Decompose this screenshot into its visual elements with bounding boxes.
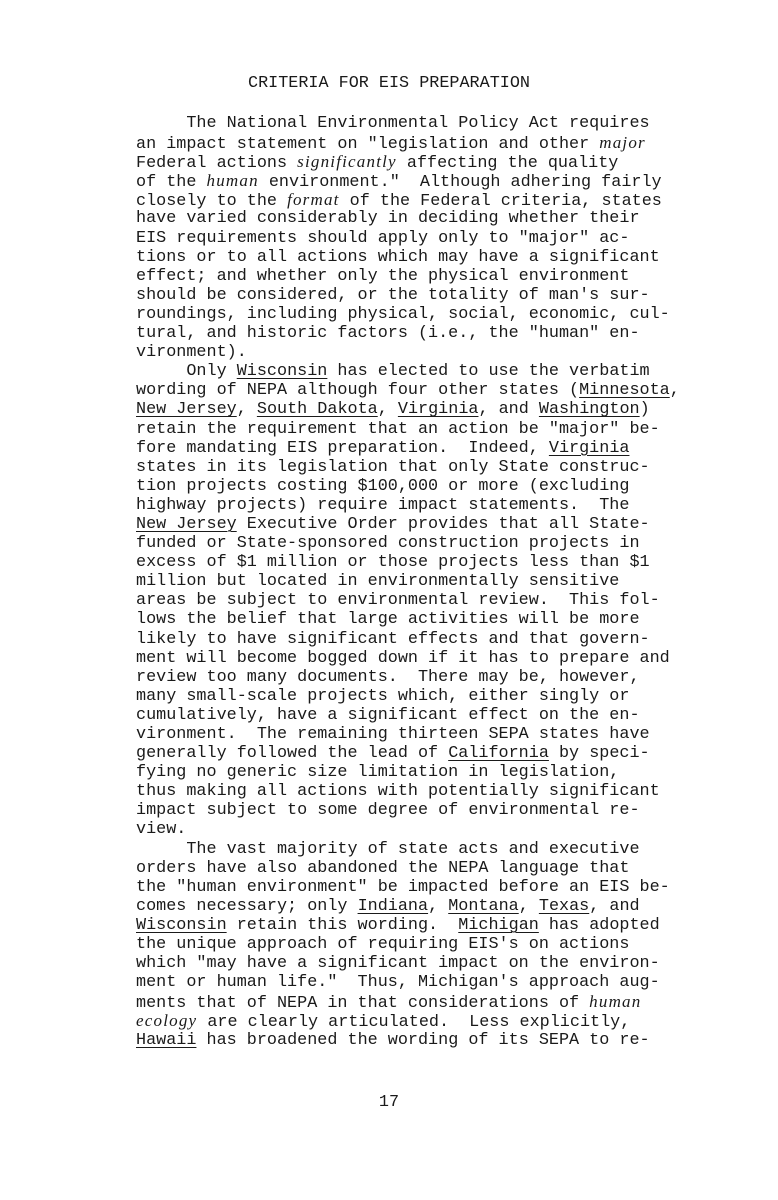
text-span: The National Environmental Policy Act re… bbox=[136, 114, 650, 133]
text-line: roundings, including physical, social, e… bbox=[136, 305, 696, 324]
underlined-state-name: Texas bbox=[539, 897, 589, 916]
text-line: generally followed the lead of Californi… bbox=[136, 744, 696, 763]
text-line: effect; and whether only the physical en… bbox=[136, 267, 696, 286]
underlined-state-name: Virginia bbox=[398, 400, 479, 419]
text-span: , bbox=[428, 897, 448, 916]
text-span: tural, and historic factors (i.e., the "… bbox=[136, 324, 640, 343]
text-span: have varied considerably in deciding whe… bbox=[136, 209, 640, 228]
text-span: likely to have significant effects and t… bbox=[136, 630, 650, 649]
text-line: view. bbox=[136, 820, 696, 839]
text-span: states in its legislation that only Stat… bbox=[136, 458, 650, 477]
text-span: , and bbox=[589, 897, 639, 916]
text-span: has elected to use the verbatim bbox=[327, 362, 649, 381]
text-line: comes necessary; only Indiana, Montana, … bbox=[136, 897, 696, 916]
text-span: should be considered, or the totality of… bbox=[136, 286, 650, 305]
text-span: tions or to all actions which may have a… bbox=[136, 248, 660, 267]
text-span: , and bbox=[478, 400, 538, 419]
italic-emphasis: format bbox=[287, 190, 340, 209]
text-line: areas be subject to environmental review… bbox=[136, 591, 696, 610]
text-span: ment or human life." Thus, Michigan's ap… bbox=[136, 973, 660, 992]
text-line: orders have also abandoned the NEPA lang… bbox=[136, 859, 696, 878]
text-span: The vast majority of state acts and exec… bbox=[136, 840, 640, 859]
page-number: 17 bbox=[0, 1093, 778, 1112]
text-span: million but located in environmentally s… bbox=[136, 572, 619, 591]
text-span: which "may have a significant impact on … bbox=[136, 954, 660, 973]
text-line: have varied considerably in deciding whe… bbox=[136, 209, 696, 228]
text-span: lows the belief that large activities wi… bbox=[136, 610, 640, 629]
underlined-state-name: Michigan bbox=[458, 916, 539, 935]
underlined-state-name: Montana bbox=[448, 897, 519, 916]
text-span: comes necessary; only bbox=[136, 897, 358, 916]
italic-emphasis: significantly bbox=[297, 152, 397, 171]
text-line: The vast majority of state acts and exec… bbox=[136, 840, 696, 859]
text-line: lows the belief that large activities wi… bbox=[136, 610, 696, 629]
text-span: vironment. The remaining thirteen SEPA s… bbox=[136, 725, 650, 744]
text-line: New Jersey, South Dakota, Virginia, and … bbox=[136, 400, 696, 419]
body-text: The National Environmental Policy Act re… bbox=[136, 114, 696, 1050]
text-line: ment or human life." Thus, Michigan's ap… bbox=[136, 973, 696, 992]
text-line: funded or State-sponsored construction p… bbox=[136, 534, 696, 553]
text-line: fore mandating EIS preparation. Indeed, … bbox=[136, 439, 696, 458]
text-span: excess of $1 million or those projects l… bbox=[136, 553, 650, 572]
text-line: tion projects costing $100,000 or more (… bbox=[136, 477, 696, 496]
text-line: should be considered, or the totality of… bbox=[136, 286, 696, 305]
text-span: effect; and whether only the physical en… bbox=[136, 267, 629, 286]
text-span: vironment). bbox=[136, 343, 247, 362]
document-page: CRITERIA FOR EIS PREPARATION The Nationa… bbox=[0, 0, 778, 1200]
italic-emphasis: major bbox=[599, 133, 646, 152]
text-line: of the human environment." Although adhe… bbox=[136, 171, 696, 190]
text-line: Only Wisconsin has elected to use the ve… bbox=[136, 362, 696, 381]
italic-emphasis: human bbox=[207, 171, 259, 190]
italic-emphasis: ecology bbox=[136, 1011, 197, 1030]
underlined-state-name: New Jersey bbox=[136, 515, 237, 534]
text-line: vironment. The remaining thirteen SEPA s… bbox=[136, 725, 696, 744]
text-span: fore mandating EIS preparation. Indeed, bbox=[136, 439, 549, 458]
text-line: ment will become bogged down if it has t… bbox=[136, 649, 696, 668]
text-line: an impact statement on "legislation and … bbox=[136, 133, 696, 152]
text-span: by speci- bbox=[549, 744, 650, 763]
text-span: impact subject to some degree of environ… bbox=[136, 801, 640, 820]
text-line: wording of NEPA although four other stat… bbox=[136, 381, 696, 400]
underlined-state-name: Wisconsin bbox=[237, 362, 328, 381]
text-span: thus making all actions with potentially… bbox=[136, 782, 660, 801]
text-span: , bbox=[670, 381, 680, 400]
text-span: generally followed the lead of bbox=[136, 744, 448, 763]
text-span: orders have also abandoned the NEPA lang… bbox=[136, 859, 629, 878]
underlined-state-name: Hawaii bbox=[136, 1031, 196, 1050]
text-span: the "human environment" be impacted befo… bbox=[136, 878, 670, 897]
text-line: thus making all actions with potentially… bbox=[136, 782, 696, 801]
text-span: EIS requirements should apply only to "m… bbox=[136, 229, 629, 248]
text-line: New Jersey Executive Order provides that… bbox=[136, 515, 696, 534]
text-line: impact subject to some degree of environ… bbox=[136, 801, 696, 820]
text-line: Wisconsin retain this wording. Michigan … bbox=[136, 916, 696, 935]
text-line: excess of $1 million or those projects l… bbox=[136, 553, 696, 572]
text-line: review too many documents. There may be,… bbox=[136, 668, 696, 687]
text-line: tural, and historic factors (i.e., the "… bbox=[136, 324, 696, 343]
underlined-state-name: Minnesota bbox=[579, 381, 670, 400]
text-span: cumulatively, have a significant effect … bbox=[136, 706, 640, 725]
text-line: likely to have significant effects and t… bbox=[136, 630, 696, 649]
text-span: has broadened the wording of its SEPA to… bbox=[196, 1031, 649, 1050]
text-span: tion projects costing $100,000 or more (… bbox=[136, 477, 629, 496]
text-span: highway projects) require impact stateme… bbox=[136, 496, 629, 515]
section-title: CRITERIA FOR EIS PREPARATION bbox=[0, 74, 778, 93]
text-line: closely to the format of the Federal cri… bbox=[136, 190, 696, 209]
text-line: ecology are clearly articulated. Less ex… bbox=[136, 1011, 696, 1030]
text-span: , bbox=[237, 400, 257, 419]
text-line: ments that of NEPA in that consideration… bbox=[136, 992, 696, 1011]
text-span: many small-scale projects which, either … bbox=[136, 687, 629, 706]
text-span: Executive Order provides that all State- bbox=[237, 515, 650, 534]
text-span: review too many documents. There may be,… bbox=[136, 668, 640, 687]
text-span: the unique approach of requiring EIS's o… bbox=[136, 935, 629, 954]
text-line: vironment). bbox=[136, 343, 696, 362]
text-span: has adopted bbox=[539, 916, 660, 935]
text-line: Federal actions significantly affecting … bbox=[136, 152, 696, 171]
underlined-state-name: California bbox=[448, 744, 549, 763]
text-span: roundings, including physical, social, e… bbox=[136, 305, 670, 324]
text-line: Hawaii has broadened the wording of its … bbox=[136, 1031, 696, 1050]
underlined-state-name: Washington bbox=[539, 400, 640, 419]
underlined-state-name: South Dakota bbox=[257, 400, 378, 419]
text-span: , bbox=[378, 400, 398, 419]
text-span: ment will become bogged down if it has t… bbox=[136, 649, 670, 668]
text-span: retain this wording. bbox=[227, 916, 459, 935]
text-span: retain the requirement that an action be… bbox=[136, 420, 660, 439]
text-span: ) bbox=[640, 400, 650, 419]
text-span: Only bbox=[136, 362, 237, 381]
text-span: areas be subject to environmental review… bbox=[136, 591, 660, 610]
text-line: million but located in environmentally s… bbox=[136, 572, 696, 591]
text-line: cumulatively, have a significant effect … bbox=[136, 706, 696, 725]
text-line: The National Environmental Policy Act re… bbox=[136, 114, 696, 133]
text-line: retain the requirement that an action be… bbox=[136, 420, 696, 439]
text-line: highway projects) require impact stateme… bbox=[136, 496, 696, 515]
underlined-state-name: Indiana bbox=[358, 897, 429, 916]
text-line: the unique approach of requiring EIS's o… bbox=[136, 935, 696, 954]
text-line: states in its legislation that only Stat… bbox=[136, 458, 696, 477]
text-span: view. bbox=[136, 820, 186, 839]
underlined-state-name: New Jersey bbox=[136, 400, 237, 419]
text-line: many small-scale projects which, either … bbox=[136, 687, 696, 706]
text-span: funded or State-sponsored construction p… bbox=[136, 534, 640, 553]
text-span: wording of NEPA although four other stat… bbox=[136, 381, 579, 400]
italic-emphasis: human bbox=[589, 992, 641, 1011]
text-line: fying no generic size limitation in legi… bbox=[136, 763, 696, 782]
text-span: , bbox=[519, 897, 539, 916]
text-line: EIS requirements should apply only to "m… bbox=[136, 229, 696, 248]
text-line: tions or to all actions which may have a… bbox=[136, 248, 696, 267]
text-span: fying no generic size limitation in legi… bbox=[136, 763, 619, 782]
text-line: which "may have a significant impact on … bbox=[136, 954, 696, 973]
text-line: the "human environment" be impacted befo… bbox=[136, 878, 696, 897]
underlined-state-name: Wisconsin bbox=[136, 916, 227, 935]
underlined-state-name: Virginia bbox=[549, 439, 630, 458]
